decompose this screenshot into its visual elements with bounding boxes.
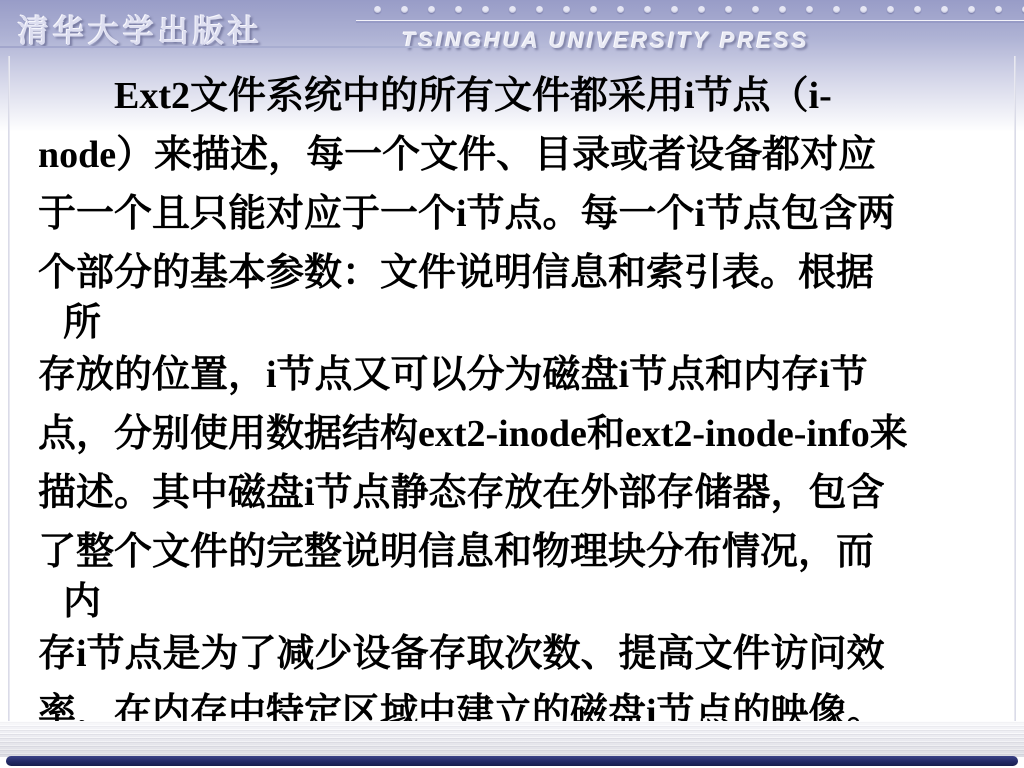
dot-icon	[968, 6, 975, 13]
text-line: 点，分别使用数据结构ext2-inode和ext2-inode-info来	[38, 406, 998, 465]
text-line: 个部分的基本参数：文件说明信息和索引表。根据	[38, 245, 998, 304]
text-line: 描述。其中磁盘i节点静态存放在外部存储器，包含	[38, 465, 998, 524]
right-border-line	[1014, 56, 1016, 754]
text-line: 了整个文件的完整说明信息和物理块分布情况，而	[38, 524, 998, 583]
slide-paragraph: Ext2文件系统中的所有文件都采用i节点（i-node）来描述，每一个文件、目录…	[38, 68, 998, 744]
dot-icon	[536, 6, 543, 13]
slide: 清华大学出版社 TSINGHUA UNIVERSITY PRESS Ext2文件…	[0, 0, 1024, 768]
dots-row	[374, 6, 1024, 13]
text-line: 存i节点是为了减少设备存取次数、提高文件访问效	[38, 626, 998, 685]
dot-icon	[644, 6, 651, 13]
text-line: Ext2文件系统中的所有文件都采用i节点（i-	[38, 68, 998, 127]
header-rule	[0, 46, 560, 48]
dots-underline	[356, 20, 1024, 23]
dot-icon	[563, 6, 570, 13]
text-line: 内	[38, 583, 998, 626]
bottom-navy-bar	[6, 756, 1018, 766]
dot-icon	[779, 6, 786, 13]
press-name-text: TSINGHUA UNIVERSITY PRESS	[402, 28, 810, 54]
dot-icon	[752, 6, 759, 13]
dot-icon	[806, 6, 813, 13]
text-line: 于一个且只能对应于一个i节点。每一个i节点包含两	[38, 186, 998, 245]
text-line: 存放的位置，i节点又可以分为磁盘i节点和内存i节	[38, 347, 998, 406]
left-border-line	[8, 56, 10, 754]
dot-icon	[455, 6, 462, 13]
dot-icon	[482, 6, 489, 13]
dot-icon	[914, 6, 921, 13]
text-line: 所	[38, 304, 998, 347]
dot-icon	[671, 6, 678, 13]
dot-icon	[887, 6, 894, 13]
dot-icon	[860, 6, 867, 13]
dot-icon	[833, 6, 840, 13]
dot-icon	[374, 6, 381, 13]
text-line: node）来描述，每一个文件、目录或者设备都对应	[38, 127, 998, 186]
dot-icon	[590, 6, 597, 13]
dot-icon	[509, 6, 516, 13]
dot-icon	[401, 6, 408, 13]
dot-icon	[941, 6, 948, 13]
dot-icon	[995, 6, 1002, 13]
dot-icon	[725, 6, 732, 13]
dot-icon	[428, 6, 435, 13]
dot-icon	[617, 6, 624, 13]
dot-icon	[698, 6, 705, 13]
press-logo-text: 清华大学出版社	[18, 6, 263, 51]
bottom-stripe-band	[0, 721, 1024, 757]
